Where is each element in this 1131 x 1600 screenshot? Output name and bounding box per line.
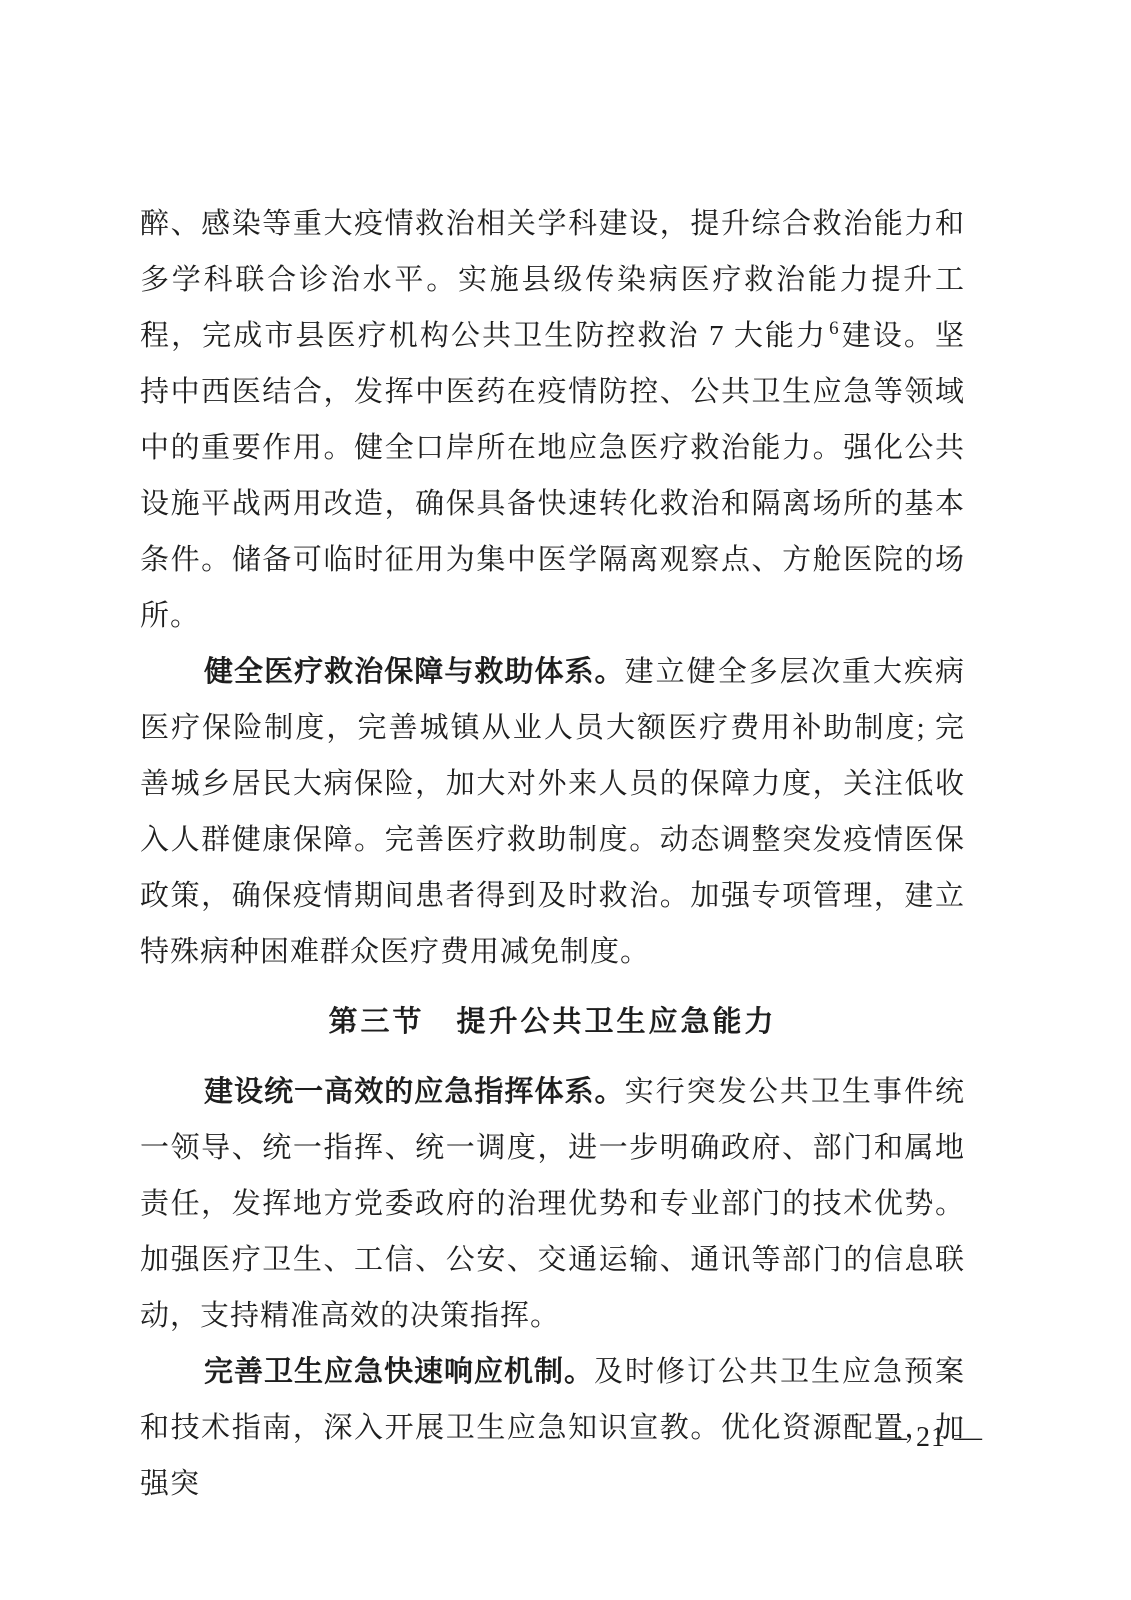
footnote-reference-6: 6 bbox=[827, 318, 841, 339]
page-number: — 21 — bbox=[879, 1422, 983, 1454]
paragraph-lead-bold: 健全医疗救治保障与救助体系。 bbox=[204, 656, 625, 688]
document-page: 醉、感染等重大疫情救治相关学科建设，提升综合救治能力和多学科联合诊治水平。实施县… bbox=[0, 0, 1131, 1600]
paragraph-continued: 醉、感染等重大疫情救治相关学科建设，提升综合救治能力和多学科联合诊治水平。实施县… bbox=[140, 196, 965, 644]
paragraph-lead-bold: 建设统一高效的应急指挥体系。 bbox=[204, 1076, 625, 1108]
paragraph-text: 实行突发公共卫生事件统一领导、统一指挥、统一调度，进一步明确政府、部门和属地责任… bbox=[140, 1076, 965, 1332]
paragraph-lead-bold: 完善卫生应急快速响应机制。 bbox=[204, 1356, 594, 1388]
paragraph-text: 建立健全多层次重大疾病医疗保险制度，完善城镇从业人员大额医疗费用补助制度; 完善… bbox=[140, 656, 965, 968]
paragraph-medical-security: 健全医疗救治保障与救助体系。建立健全多层次重大疾病医疗保险制度，完善城镇从业人员… bbox=[140, 644, 965, 980]
paragraph-command-system: 建设统一高效的应急指挥体系。实行突发公共卫生事件统一领导、统一指挥、统一调度，进… bbox=[140, 1064, 965, 1344]
section-heading: 第三节 提升公共卫生应急能力 bbox=[140, 994, 965, 1050]
paragraph-text: 建设。坚持中西医结合，发挥中医药在疫情防控、公共卫生应急等领域中的重要作用。健全… bbox=[140, 320, 965, 632]
paragraph-rapid-response: 完善卫生应急快速响应机制。及时修订公共卫生应急预案和技术指南，深入开展卫生应急知… bbox=[140, 1344, 965, 1512]
document-body: 醉、感染等重大疫情救治相关学科建设，提升综合救治能力和多学科联合诊治水平。实施县… bbox=[140, 196, 965, 1512]
